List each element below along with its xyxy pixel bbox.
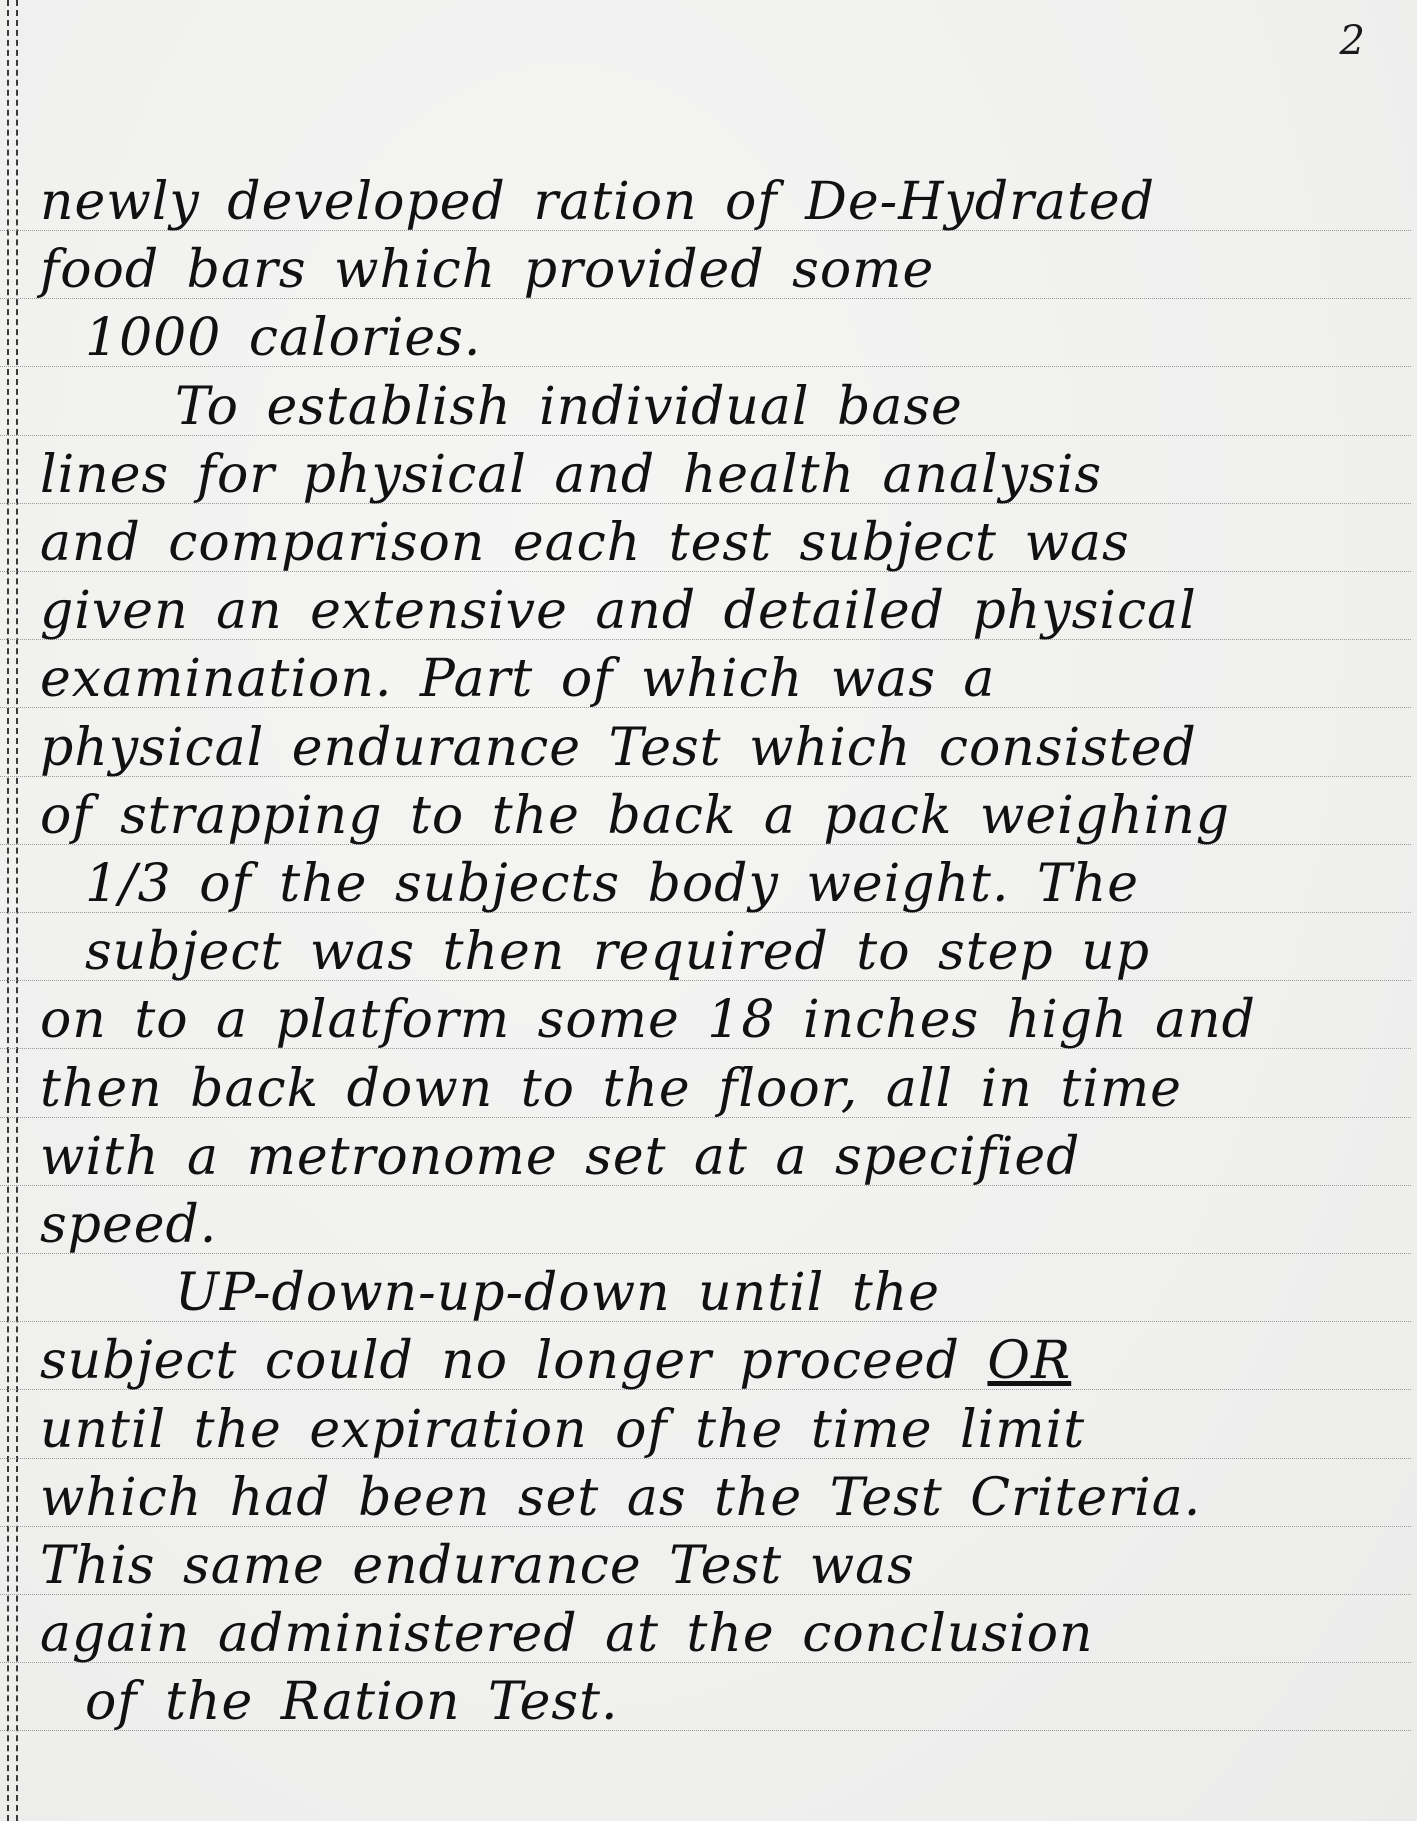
handwritten-line: subject could no longer proceed OR xyxy=(40,1327,1417,1395)
page-number: 2 xyxy=(1340,18,1365,64)
handwritten-line: on to a platform some 18 inches high and xyxy=(40,986,1417,1054)
underlined-word: OR xyxy=(987,1331,1071,1391)
handwritten-line: and comparison each test subject was xyxy=(40,509,1417,577)
handwritten-line: of the Ration Test. xyxy=(85,1668,1417,1736)
handwritten-line: with a metronome set at a specified xyxy=(40,1123,1417,1191)
handwritten-line: UP-down-up-down until the xyxy=(175,1259,1417,1327)
handwritten-line: then back down to the floor, all in time xyxy=(40,1055,1417,1123)
handwritten-line: 1000 calories. xyxy=(85,304,1417,372)
handwritten-line: lines for physical and health analysis xyxy=(40,441,1417,509)
handwritten-line: examination. Part of which was a xyxy=(40,645,1417,713)
handwritten-line: To establish individual base xyxy=(175,373,1417,441)
margin-line-left xyxy=(7,0,9,1821)
handwritten-line: speed. xyxy=(40,1191,1417,1259)
handwritten-line: until the expiration of the time limit xyxy=(40,1396,1417,1464)
handwritten-line: subject was then required to step up xyxy=(85,918,1417,986)
handwritten-line: again administered at the conclusion xyxy=(40,1600,1417,1668)
margin-line-right xyxy=(16,0,18,1821)
handwritten-line: of strapping to the back a pack weighing xyxy=(40,782,1417,850)
handwritten-line: physical endurance Test which consisted xyxy=(40,714,1417,782)
handwritten-line: given an extensive and detailed physical xyxy=(40,577,1417,645)
handwritten-line: 1/3 of the subjects body weight. The xyxy=(85,850,1417,918)
handwritten-line: which had been set as the Test Criteria. xyxy=(40,1464,1417,1532)
notebook-page: 2 newly developed ration of De-Hydratedf… xyxy=(0,0,1417,1821)
handwritten-line: This same endurance Test was xyxy=(40,1532,1417,1600)
handwritten-line: newly developed ration of De-Hydrated xyxy=(40,168,1417,236)
handwritten-line: food bars which provided some xyxy=(40,236,1417,304)
